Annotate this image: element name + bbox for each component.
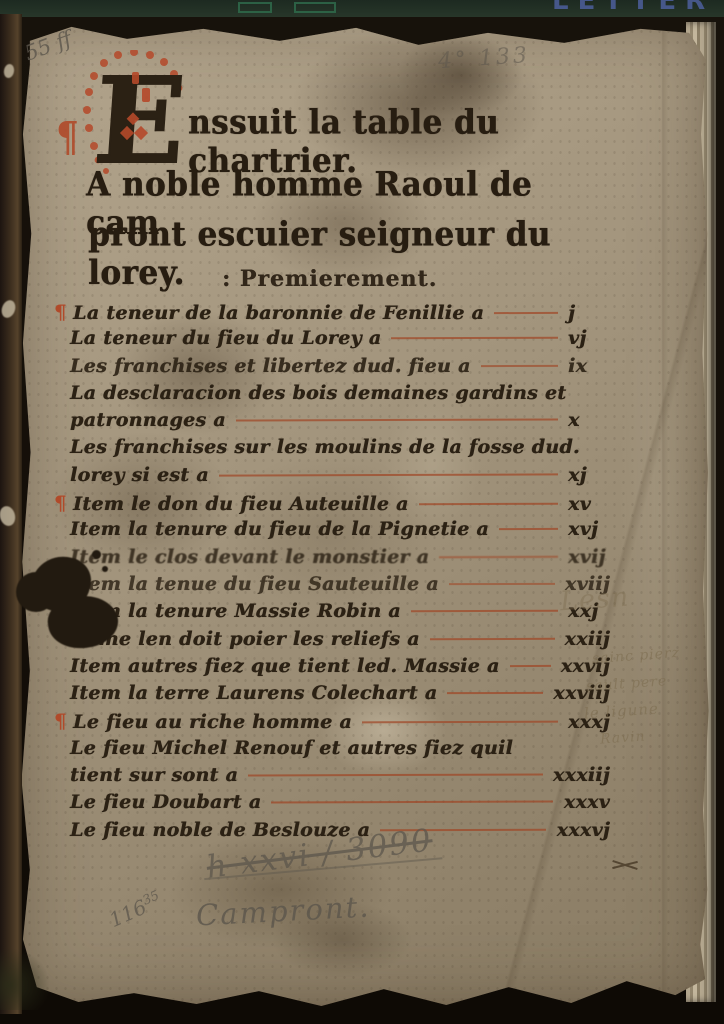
rubric-pilcrow: ¶ [54,491,67,515]
entry-text: Les franchises et libertez dud. fieu a [70,355,471,377]
binding-edge [0,14,22,1014]
leader-line [510,665,551,667]
table-row: ¶ Item le don du fieu Auteuille a xv [70,491,610,518]
reference-strip-label: LETTER [552,0,714,16]
subheading: : Premierement. [222,266,437,292]
photo-reference-strip: LETTER [0,0,724,17]
entry-text: Come len doit poier les reliefs a [70,628,420,650]
ink-blot [14,550,118,668]
folio-number: xv [568,493,610,515]
entry-text: Item la terre Laurens Colechart a [70,682,437,704]
folio-number: vj [568,327,610,349]
leader-line [494,312,558,314]
entry-text: patronnages a [70,409,226,431]
table-row: Item le clos devant le monstier a xvij [70,546,610,573]
folio-number: xxxiij [553,764,610,786]
sewing-thread [0,298,18,319]
folio-number: xxxvj [557,819,610,841]
color-target-mark [238,2,272,13]
margin-note: Lesn [559,582,630,618]
table-of-contents: ¶ La teneur de la baronnie de Fenillie a… [70,300,610,846]
table-row: Les franchises sur les moulins de la fos… [70,436,610,463]
entry-text: lorey si est a [70,464,209,486]
table-row: Le fieu Michel Renouf et autres fiez qui… [70,737,610,764]
entry-text: La teneur de la baronnie de Fenillie a [73,302,484,324]
table-row: Item autres fiez que tient led. Massie a… [70,655,610,682]
folio-number: xvj [568,518,610,540]
leader-line [430,637,555,639]
table-row: patronnages a x [70,409,610,436]
manuscript-photo: LETTER E [0,0,724,1024]
leader-line [236,419,558,422]
table-row: La teneur du fieu du Lorey a vj [70,327,610,354]
entry-text: tient sur sont a [70,764,238,786]
entry-text: Item la tenue du fieu Sauteuille a [70,573,439,595]
margin-note: Ravin [599,728,646,747]
leader-line [411,610,558,613]
table-row: Item la tenue du fieu Sauteuille a xviij [70,573,610,600]
entry-text: Les franchises sur les moulins de la fos… [70,436,610,458]
rubric-pilcrow: ¶ [54,709,67,733]
table-row: Le fieu Doubart a xxxv [70,791,610,818]
entry-text: Le fieu Michel Renouf et autres fiez qui… [70,737,610,759]
leader-line [419,503,558,505]
table-row: ¶ La teneur de la baronnie de Fenillie a… [70,300,610,327]
leader-line [219,473,558,476]
folio-number: ix [568,355,610,377]
entry-text: Item la tenure Massie Robin a [70,600,401,622]
corner-smudge [0,948,50,1010]
folio-number: xxxv [564,791,610,813]
entry-text: Le fieu Doubart a [70,791,261,813]
table-row: Item la tenure Massie Robin a xxj [70,600,610,627]
table-row: Come len doit poier les reliefs a xxiij [70,628,610,655]
rubric-pilcrow: ¶ [56,113,79,161]
leader-line [391,337,558,340]
leader-line [439,555,558,557]
leader-line [271,801,553,804]
entry-text: Item le don du fieu Auteuille a [73,493,409,515]
entry-text: Item la tenure du fieu de la Pignetie a [70,518,489,540]
leader-line [499,528,558,530]
leader-line [248,774,543,777]
sewing-thread [0,504,17,527]
folio-number: xvij [568,546,610,568]
color-target-mark [294,2,336,13]
folio-number: xxiij [565,628,610,650]
sewing-thread [3,63,15,79]
table-row: Item la terre Laurens Colechart a xxviij [70,682,610,709]
table-row: ¶ Le fieu au riche homme a xxxj [70,709,610,736]
repair-stitch [612,858,638,872]
entry-text: Item le clos devant le monstier a [70,546,429,568]
table-row: Item la tenure du fieu de la Pignetie a … [70,518,610,545]
leader-line [362,721,558,724]
folio-number: j [568,302,610,324]
table-row: La desclaracion des bois demaines gardin… [70,382,610,409]
entry-text: Le fieu au riche homme a [73,711,352,733]
folio-number: x [568,409,610,431]
table-row: lorey si est a xj [70,464,610,491]
illuminated-initial: E [82,50,188,182]
leader-line [449,583,555,585]
entry-text: La teneur du fieu du Lorey a [70,327,381,349]
initial-letter: E [90,51,188,182]
table-row: Les franchises et libertez dud. fieu a i… [70,355,610,382]
entry-text: Item autres fiez que tient led. Massie a [70,655,500,677]
leader-line [481,364,558,366]
table-row: tient sur sont a xxxiij [70,764,610,791]
folio-number: xj [568,464,610,486]
leader-line [447,692,543,694]
rubric-pilcrow: ¶ [54,300,67,324]
entry-text: La desclaracion des bois demaines gardin… [70,382,610,404]
